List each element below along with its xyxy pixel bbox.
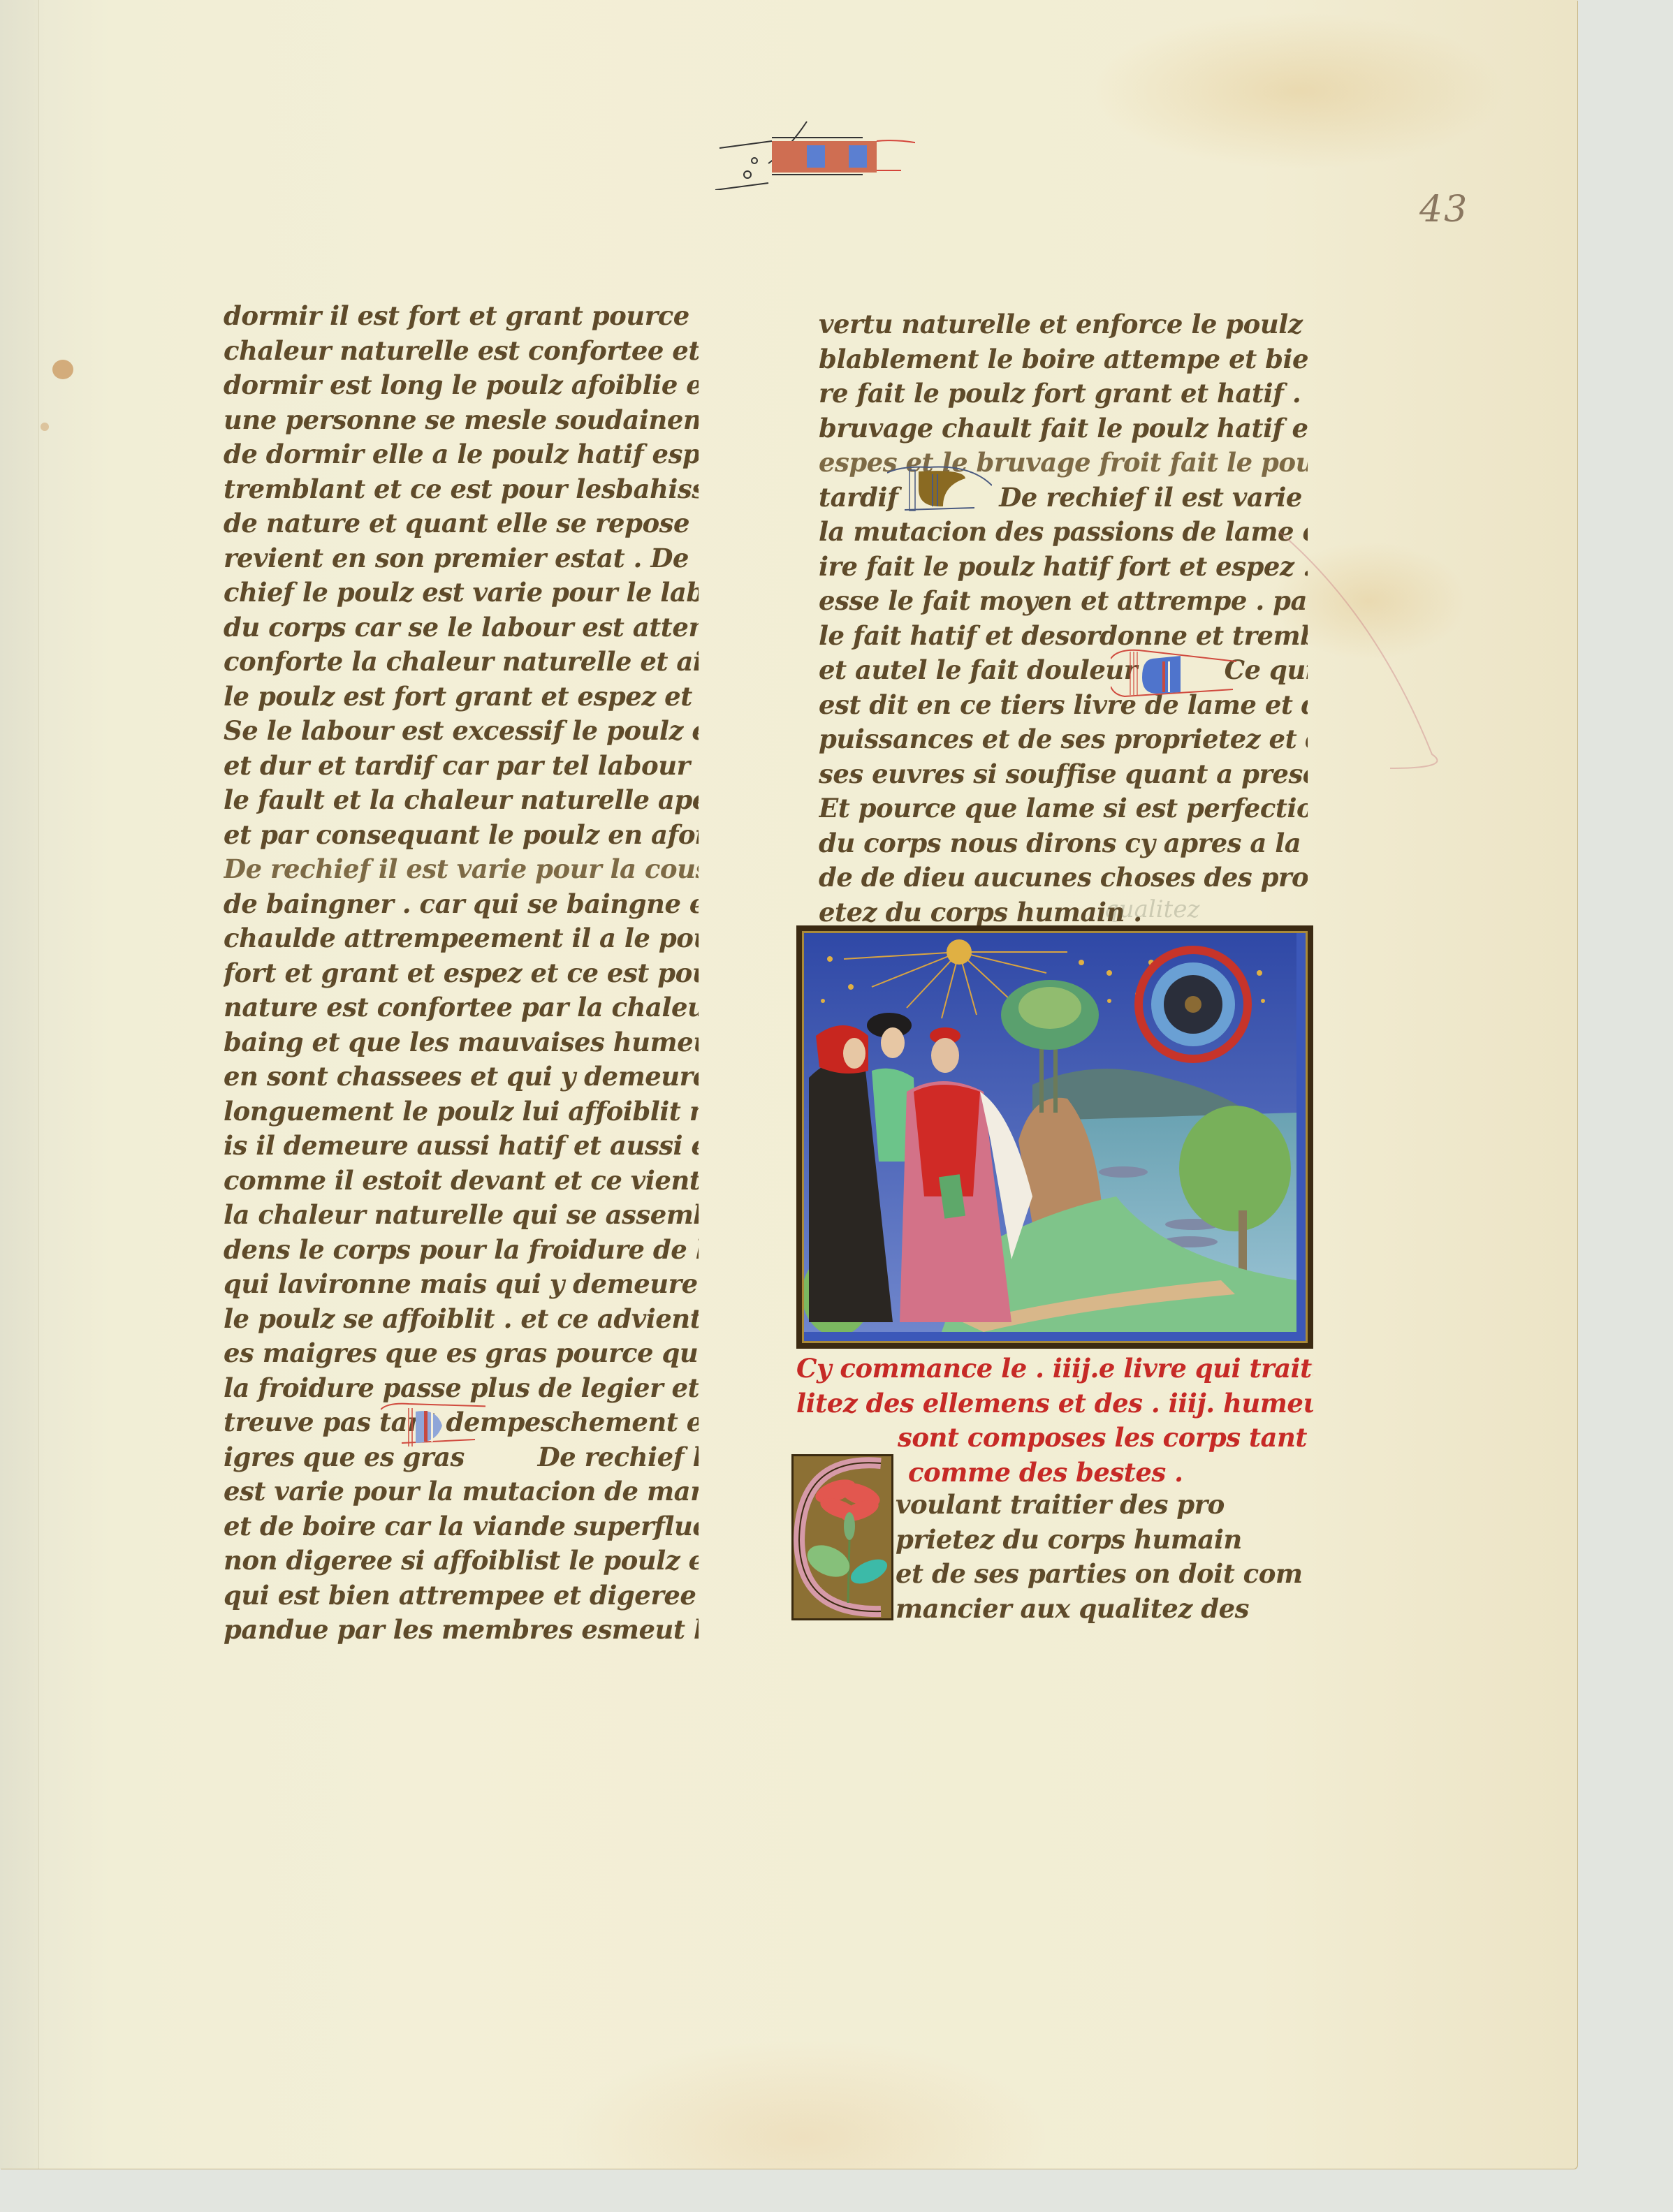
text-line: le poulz est fort grant et espez et hati…: [224, 680, 699, 715]
binding-gutter: [0, 0, 39, 2169]
text-line: qui est bien attrempee et digeree et es: [224, 1579, 699, 1613]
text-line: du corps car se le labour est attempe il: [224, 610, 699, 645]
text-line: et de boire car la viande superflue et: [224, 1509, 699, 1544]
text-line: revient en son premier estat . De re: [224, 541, 699, 576]
folio-number: 43: [1419, 189, 1468, 230]
text-line: fort et grant et espez et ce est pource …: [224, 956, 699, 991]
text-line: et dur et tardif car par tel labour la v…: [224, 749, 699, 784]
text-line: tremblant et ce est pour lesbahissement: [224, 472, 699, 507]
rubric-line: Cy commance le . iiij.e livre qui traitt…: [796, 1352, 1313, 1386]
text-line: le fault et la chaleur naturelle apetiss…: [224, 783, 699, 818]
text-line: pandue par les membres esmeut la: [224, 1613, 699, 1648]
text-line: le poulz se affoiblit . et ce advient pl…: [224, 1302, 699, 1337]
text-line: puissances et de ses proprietez et de: [819, 722, 1308, 757]
text-line: est varie pour la mutacion de mangier: [224, 1474, 699, 1509]
text-line: du corps nous dirons cy apres a la: [819, 826, 1308, 861]
text-line: la mutacion des passions de lame car: [819, 515, 1308, 550]
text-line: mancier aux qualitez des: [896, 1592, 1315, 1627]
text-line: ses euvres si souffise quant a present: [819, 757, 1308, 792]
marginal-pen-stroke-icon: [1271, 489, 1453, 943]
text-line: de baingner . car qui se baingne en eaue: [224, 887, 699, 922]
historiated-initial: [791, 1454, 893, 1620]
manuscript-page: 43 dormir il est fort et grant pource qu…: [0, 0, 1577, 2169]
text-line: chaleur naturelle est confortee et se le: [224, 334, 699, 369]
text-line: en sont chassees et qui y demeure trop: [224, 1060, 699, 1094]
flower-initial-c-icon: [794, 1456, 891, 1618]
text-line: voulant traitier des pro: [896, 1488, 1315, 1523]
show-through-text: qualitez: [1104, 895, 1199, 923]
text-line: baing et que les mauvaises humeurs: [224, 1025, 699, 1060]
text-line: nature est confortee par la chaleur du: [224, 990, 699, 1025]
text-line: dormir il est fort et grant pource que l…: [224, 299, 699, 334]
text-line: non digeree si affoiblist le poulz et ce…: [224, 1544, 699, 1579]
text-line: une personne se mesle soudainement: [224, 403, 699, 438]
text-line: vertu naturelle et enforce le poulz . sa: [819, 307, 1308, 342]
right-text-column-lower: voulant traitier des pro prietez du corp…: [896, 1488, 1315, 1626]
text-line: et de ses parties on doit com: [896, 1557, 1315, 1592]
text-line: dormir est long le poulz afoiblie et se: [224, 368, 699, 403]
text-line: chaulde attrempeement il a le poulz: [224, 921, 699, 956]
right-text-column-upper: vertu naturelle et enforce le poulz . sa…: [819, 307, 1308, 930]
blue-initial-c-icon: [1111, 646, 1236, 702]
text-line: dens le corps pour la froidure de leaue: [224, 1233, 699, 1268]
text-line: etez du corps humain .: [819, 895, 1308, 930]
text-line: qui lavironne mais qui y demeure trop: [224, 1267, 699, 1302]
text-line: et par consequant le poulz en afoiblist: [224, 818, 699, 853]
text-line: chief le poulz est varie pour le labour: [224, 576, 699, 610]
text-line: longuement le poulz lui affoiblit ma: [224, 1094, 699, 1129]
rubric-line: litez des ellemens et des . iiij. humeur…: [796, 1386, 1313, 1421]
blue-initial-d-icon: [381, 1401, 485, 1450]
text-line: de nature et quant elle se repose il se: [224, 506, 699, 541]
text-line: De rechief il est varie pour la coustume: [224, 852, 699, 887]
text-line: Et pource que lame si est perfection: [819, 791, 1308, 826]
text-line: de de dieu aucunes choses des propri: [819, 860, 1308, 895]
text-line: es maigres que es gras pource que: [224, 1336, 699, 1371]
foxing-stain: [52, 360, 73, 379]
text-line: la froidure passe plus de legier et ne: [224, 1371, 699, 1406]
text-line: de dormir elle a le poulz hatif espes et: [224, 437, 699, 472]
cosmic-sphere-icon: [1139, 950, 1248, 1059]
foxing-stain: [41, 423, 49, 431]
text-line: prietez du corps humain: [896, 1523, 1315, 1558]
scholars-landscape-illustration: [802, 931, 1296, 1332]
text-line: Se le labour est excessif le poulz est p…: [224, 714, 699, 749]
text-line: conforte la chaleur naturelle et ainsi: [224, 645, 699, 680]
text-line: ire fait le poulz hatif fort et espez . …: [819, 550, 1308, 585]
text-line: la chaleur naturelle qui se assemble de: [224, 1198, 699, 1233]
gold-initial-d-icon: [887, 464, 992, 517]
text-line: is il demeure aussi hatif et aussi espez: [224, 1129, 699, 1164]
text-line: re fait le poulz fort grant et hatif . L…: [819, 376, 1308, 411]
text-line: bruvage chault fait le poulz hatif et: [819, 411, 1308, 446]
text-line: esse le fait moyen et attrempe . paour: [819, 584, 1308, 619]
rubric-line: sont composes les corps tant des hommes: [796, 1421, 1313, 1456]
text-line: comme il estoit devant et ce vient pour: [224, 1164, 699, 1199]
catchword-ornament-icon: [706, 120, 915, 190]
text-line: blablement le boire attempe et bien dige: [819, 342, 1308, 377]
miniature-painting: [796, 925, 1313, 1349]
